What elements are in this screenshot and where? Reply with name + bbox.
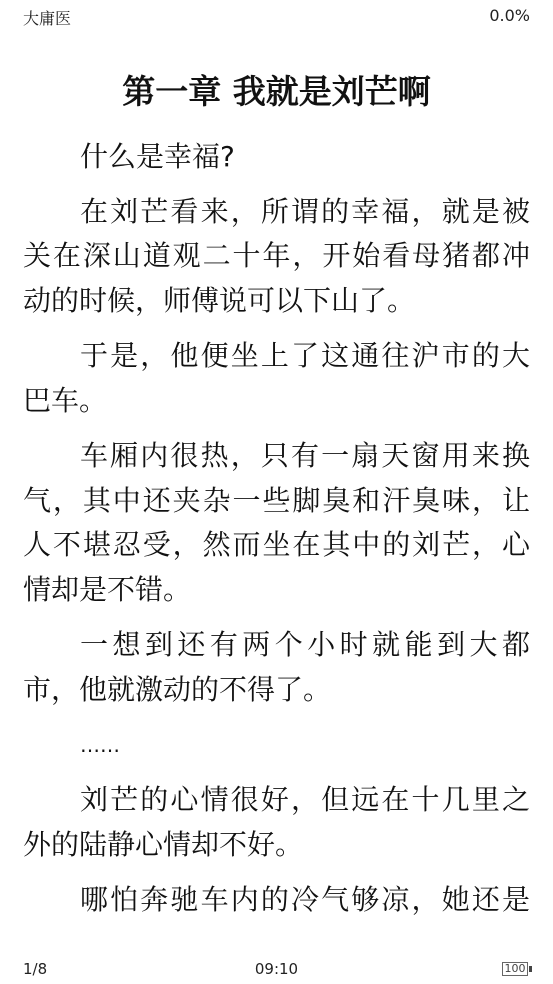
clock: 09:10 bbox=[0, 960, 553, 978]
text-line: 人不堪忍受，然而坐在其中的刘芒，心 bbox=[23, 525, 530, 565]
reader-header: 大庸医 0.0% bbox=[0, 0, 553, 36]
text-line: 市，他就激动的不得了。 bbox=[23, 670, 331, 710]
text-line: 刘芒的心情很好，但远在十几里之 bbox=[80, 780, 530, 820]
text-line: 一想到还有两个小时就能到大都 bbox=[80, 625, 530, 665]
text-line: 车厢内很热，只有一扇天窗用来换 bbox=[80, 436, 530, 476]
ellipsis-line: …… bbox=[80, 725, 120, 765]
text-line: 情却是不错。 bbox=[23, 570, 191, 610]
chapter-title: 第一章 我就是刘芒啊 bbox=[0, 66, 553, 113]
book-title: 大庸医 bbox=[23, 6, 71, 29]
text-line: 巴车。 bbox=[23, 381, 107, 421]
text-line: 于是，他便坐上了这通往沪市的大 bbox=[80, 336, 530, 376]
text-line: 动的时候，师傅说可以下山了。 bbox=[23, 281, 415, 321]
battery-tip-icon bbox=[529, 966, 532, 972]
reader-footer: 1/8 09:10 100 bbox=[0, 952, 553, 984]
text-line: 关在深山道观二十年，开始看母猪都冲 bbox=[23, 236, 530, 276]
text-line: 什么是幸福? bbox=[80, 137, 235, 177]
text-line: 外的陆静心情却不好。 bbox=[23, 825, 303, 865]
reading-progress: 0.0% bbox=[489, 6, 530, 25]
battery-icon: 100 bbox=[502, 962, 528, 976]
text-line: 在刘芒看来，所谓的幸福，就是被 bbox=[80, 192, 530, 232]
text-line: 气，其中还夹杂一些脚臭和汗臭味，让 bbox=[23, 481, 530, 521]
text-line: 哪怕奔驰车内的冷气够凉，她还是 bbox=[80, 880, 530, 920]
